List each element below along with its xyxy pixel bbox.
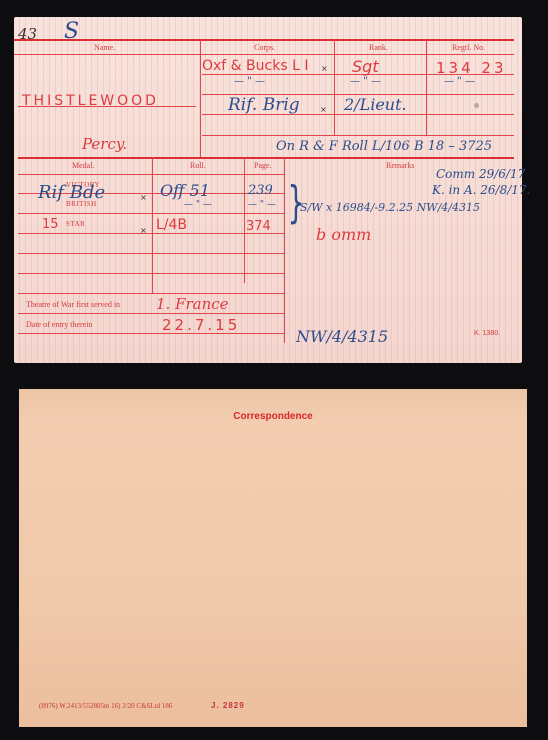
col-divider bbox=[426, 39, 427, 135]
theatre-value: 1. France bbox=[156, 295, 229, 313]
medal-star-label: STAR bbox=[66, 220, 85, 228]
remarks-commission: Comm 29/6/17 bbox=[436, 167, 525, 181]
rule bbox=[18, 333, 284, 334]
rank-row-2-ditto: — " — bbox=[350, 76, 381, 87]
header-roll: Roll. bbox=[190, 161, 206, 170]
col-divider bbox=[284, 157, 285, 343]
header-corps: Corps. bbox=[254, 43, 275, 52]
medal-page-1: 239 bbox=[248, 183, 273, 198]
theatre-label: Theatre of War first served in bbox=[26, 300, 120, 309]
rule bbox=[202, 135, 514, 136]
remarks-kia: K. in A. 26/8/17. bbox=[432, 183, 530, 197]
tick-mark: × bbox=[140, 193, 147, 202]
medal-card-front: 43 S Name. Corps. Rank. Regtl. No. Oxf &… bbox=[14, 17, 522, 363]
medal-roll-3: L/4B bbox=[156, 217, 187, 233]
correspondence-title: Correspondence bbox=[19, 411, 527, 422]
header-rank: Rank. bbox=[369, 43, 388, 52]
corps-row-2-ditto: — " — bbox=[234, 76, 265, 87]
surname: THISTLEWOOD bbox=[22, 93, 159, 109]
header-remarks: Remarks bbox=[386, 161, 414, 170]
col-divider bbox=[244, 157, 245, 283]
file-reference: NW/4/4315 bbox=[296, 327, 388, 346]
medal-unit: Rif Bde bbox=[38, 182, 105, 203]
rule-top bbox=[14, 39, 514, 41]
medal-card-back: Correspondence (8976) W.2413/552805m 16)… bbox=[19, 389, 527, 727]
regt-no-row-1: 134 23 bbox=[436, 59, 507, 77]
col-divider bbox=[200, 39, 201, 157]
remarks-reference: S/W x 16984/-9.2.25 NW/4/4315 bbox=[300, 201, 480, 214]
tick-mark: × bbox=[321, 64, 328, 73]
corps-row-3: Rif. Brig bbox=[228, 95, 300, 115]
col-divider bbox=[334, 39, 335, 135]
corps-row-1: Oxf & Bucks L I bbox=[202, 58, 308, 74]
header-medal: Medal. bbox=[72, 161, 94, 170]
tick-mark: × bbox=[140, 226, 147, 235]
rule bbox=[18, 313, 284, 314]
entry-label: Date of entry therein bbox=[26, 320, 92, 329]
header-regt-no: Regtl. No. bbox=[452, 43, 485, 52]
rank-row-1: Sgt bbox=[352, 57, 379, 76]
form-code: J. 2829 bbox=[211, 701, 245, 710]
forename: Percy. bbox=[82, 135, 127, 153]
remarks-note-red: b omm bbox=[316, 225, 371, 244]
tick-mark: × bbox=[320, 105, 327, 114]
rule bbox=[18, 293, 284, 294]
rule bbox=[14, 54, 514, 55]
printer-imprint: (8976) W.2413/552805m 16) 2/20 C&SLtd 18… bbox=[39, 702, 172, 710]
ink-spot bbox=[474, 103, 479, 108]
form-number: K. 1380. bbox=[474, 330, 500, 337]
medal-roll-1: Off 51 bbox=[160, 181, 210, 200]
medal-star-year: 15 bbox=[42, 217, 59, 232]
col-divider bbox=[152, 157, 153, 293]
corner-mark: 43 bbox=[18, 25, 37, 43]
header-page: Page. bbox=[254, 161, 272, 170]
medal-roll-2-ditto: — " — bbox=[184, 200, 212, 210]
corner-initial: S bbox=[64, 19, 79, 44]
entry-value: 22.7.15 bbox=[162, 316, 240, 334]
regt-row-2-ditto: — " — bbox=[444, 76, 475, 87]
medal-page-2-ditto: — " — bbox=[248, 200, 276, 210]
header-name: Name. bbox=[94, 43, 115, 52]
medal-page-3: 374 bbox=[246, 219, 271, 234]
rule-mid bbox=[18, 157, 514, 159]
rank-row-3: 2/Lieut. bbox=[344, 95, 407, 114]
roll-note: On R & F Roll L/106 B 18 – 3725 bbox=[276, 139, 492, 154]
